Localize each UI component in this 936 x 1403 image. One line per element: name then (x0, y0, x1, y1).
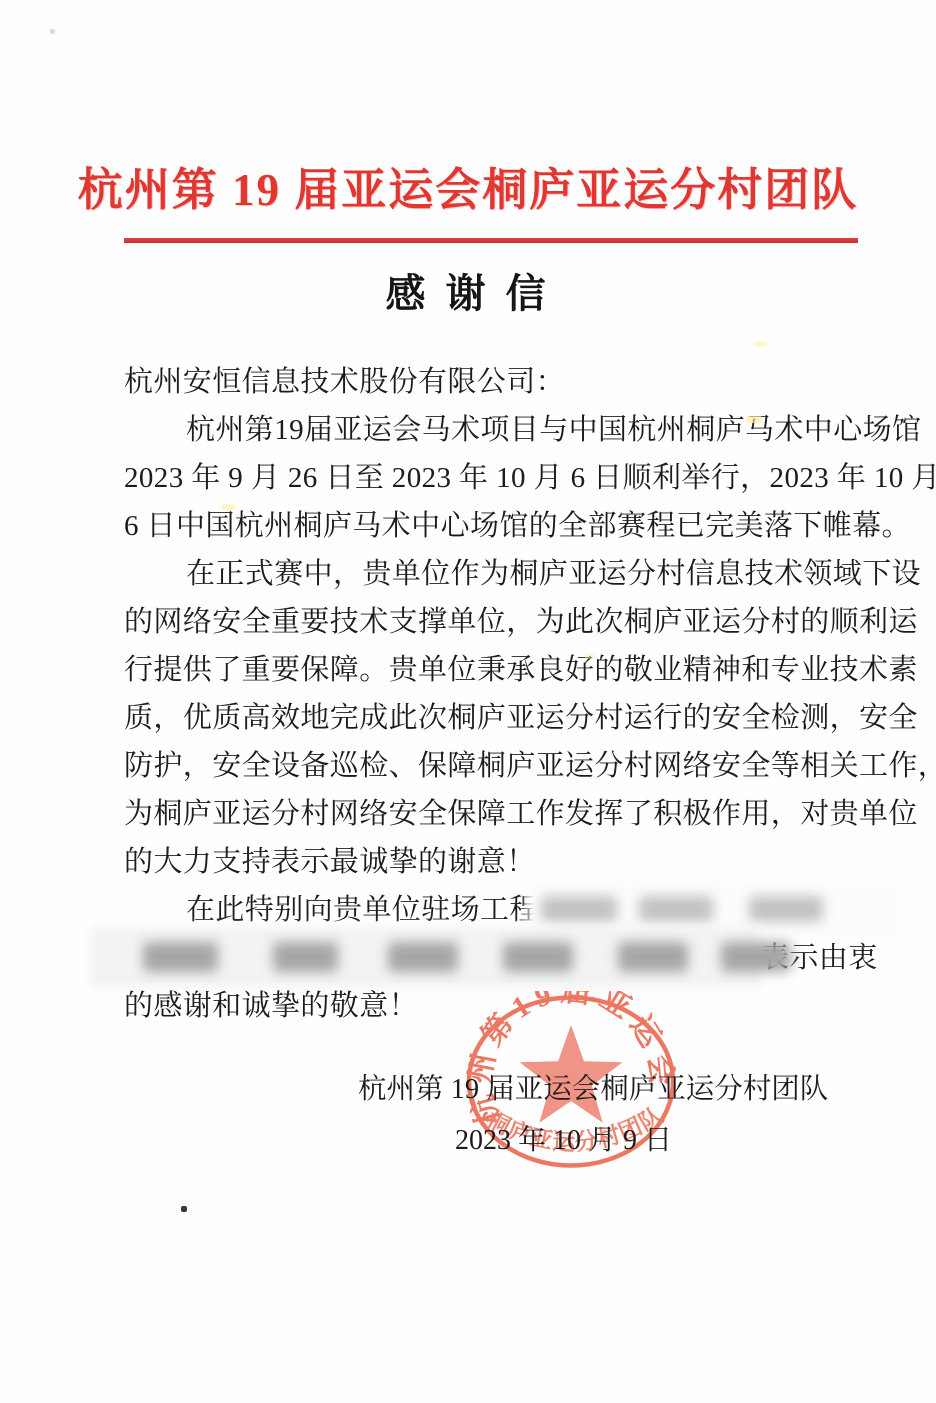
body-line: 质，优质高效地完成此次桐庐亚运分村运行的安全检测，安全 (124, 694, 924, 742)
letter-title: 感 谢 信 (0, 262, 936, 319)
letter-page: 杭州第 19 届亚运会桐庐亚运分村团队 感 谢 信 杭州安恒信息技术股份有限公司… (0, 0, 936, 1403)
letterhead-title: 杭州第 19 届亚运会桐庐亚运分村团队 (0, 153, 936, 218)
body-line-text: 在此特别向贵单位驻场工程师 (186, 894, 568, 926)
body-line: 的网络安全重要技术支撑单位，为此次桐庐亚运分村的顺利运 (124, 598, 924, 646)
body-line: 6 日中国杭州桐庐马术中心场馆的全部赛程已完美落下帷幕。 (124, 502, 924, 550)
scan-speck (50, 29, 55, 34)
redaction-blob (388, 942, 458, 972)
body-line: 行提供了重要保障。贵单位秉承良好的敬业精神和专业技术素 (124, 646, 924, 694)
scan-speck (746, 416, 762, 423)
redacted-names-block (533, 884, 899, 934)
date: 2023 年 10 月 9 日 (455, 1121, 672, 1161)
redaction-blob (143, 942, 218, 972)
redaction-blob (721, 942, 791, 972)
scan-speck (222, 504, 235, 510)
redaction-blob (503, 942, 573, 972)
scan-speck (181, 1206, 187, 1212)
letterhead-rule (124, 238, 858, 243)
redaction-blob (749, 896, 823, 922)
scan-speck (585, 654, 595, 659)
body-line-with-redaction: 表示由衷 (124, 934, 924, 982)
body-line-with-redaction: 在此特别向贵单位驻场工程师 (124, 886, 924, 934)
redaction-blob (541, 896, 617, 922)
body-line: 为桐庐亚运分村网络安全保障工作发挥了积极作用，对贵单位 (124, 790, 924, 838)
body-line: 2023 年 9 月 26 日至 2023 年 10 月 6 日顺利举行，202… (124, 454, 924, 502)
scan-speck (755, 341, 767, 347)
body-line: 的大力支持表示最诚挚的谢意！ (124, 838, 924, 886)
salutation: 杭州安恒信息技术股份有限公司： (124, 358, 924, 406)
redaction-blob (639, 896, 713, 922)
letter-body: 杭州安恒信息技术股份有限公司： 杭州第19届亚运会马术项目与中国杭州桐庐马术中心… (124, 358, 924, 1030)
redaction-blob (618, 942, 688, 972)
redaction-blob (273, 942, 338, 972)
body-line: 防护，安全设备巡检、保障桐庐亚运分村网络安全等相关工作， (124, 742, 924, 790)
body-line: 杭州第19届亚运会马术项目与中国杭州桐庐马术中心场馆 (124, 406, 924, 454)
redacted-names-block (96, 932, 756, 982)
body-line: 在正式赛中，贵单位作为桐庐亚运分村信息技术领域下设 (124, 550, 924, 598)
signature: 杭州第 19 届亚运会桐庐亚运分村团队 (358, 1070, 828, 1110)
